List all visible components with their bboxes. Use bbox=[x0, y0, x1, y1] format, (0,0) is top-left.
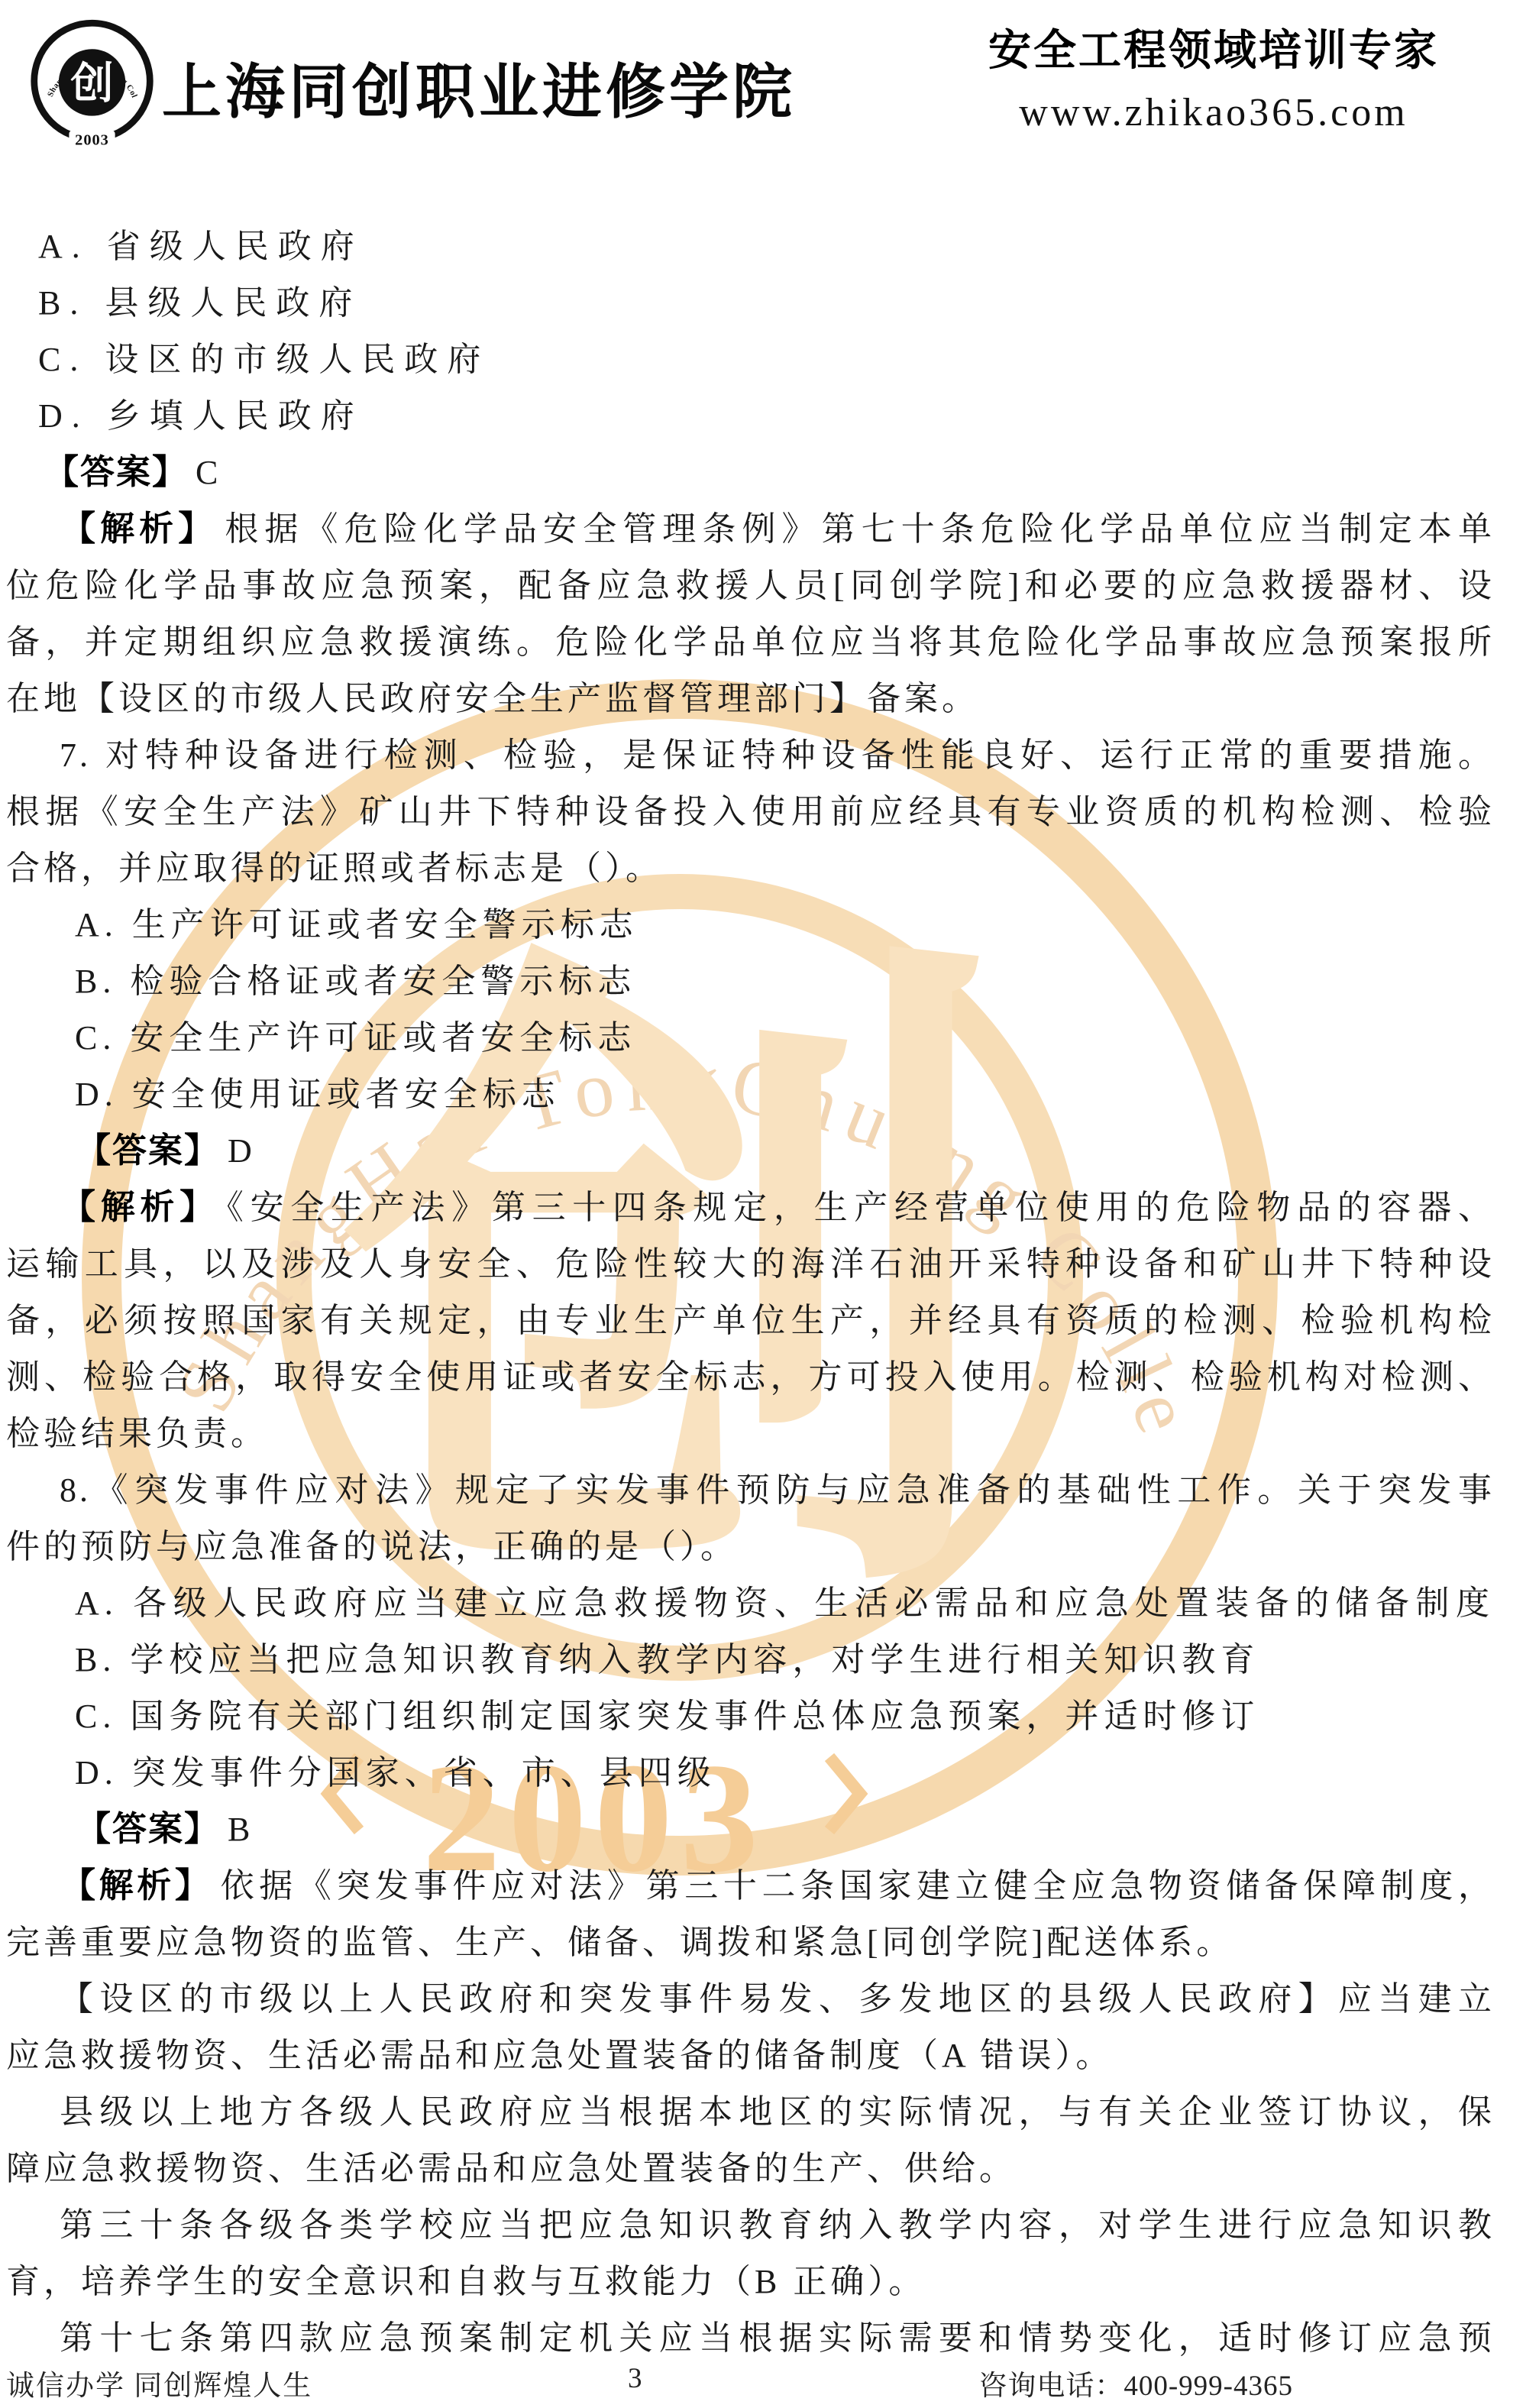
line-text: 根据《安全生产法》矿山井下特种设备投入使用前应经具有专业资质的机构检测、检验 bbox=[6, 793, 1495, 830]
line-text: D. 乡填人民政府 bbox=[38, 397, 364, 435]
line-text: 运输工具，以及涉及人身安全、危险性较大的海洋石油开采特种设备和矿山井下特种设 bbox=[6, 1245, 1495, 1283]
section-label: 【答案】 bbox=[44, 452, 188, 491]
line-text: 应急救援物资、生活必需品和应急处置装备的储备制度（A 错误）。 bbox=[6, 2037, 1113, 2074]
line-text: 完善重要应急物资的监管、生产、储备、调拨和紧急[同创学院]配送体系。 bbox=[6, 1924, 1233, 1961]
text-line: 合格，并应取得的证照或者标志是（）。 bbox=[6, 840, 1495, 896]
text-line: C. 国务院有关部门组织制定国家突发事件总体应急预案，并适时修订 bbox=[6, 1688, 1495, 1744]
text-line: 障应急救援物资、生活必需品和应急处置装备的生产、供给。 bbox=[6, 2140, 1495, 2196]
text-line: 育，培养学生的安全意识和自救与互救能力（B 正确）。 bbox=[6, 2253, 1495, 2309]
text-line: 应急救援物资、生活必需品和应急处置装备的储备制度（A 错误）。 bbox=[6, 2027, 1495, 2083]
line-text: D. 安全使用证或者安全标志 bbox=[75, 1076, 561, 1113]
text-line: 备，并定期组织应急救援演练。危险化学品单位应当将其危险化学品事故应急预案报所 bbox=[6, 613, 1495, 670]
text-line: 根据《安全生产法》矿山井下特种设备投入使用前应经具有专业资质的机构检测、检验 bbox=[6, 783, 1495, 840]
line-text: 【设区的市级以上人民政府和突发事件易发、多发地区的县级人民政府】应当建立 bbox=[60, 1980, 1495, 2018]
text-line: 【答案】C bbox=[6, 444, 1495, 500]
line-text: C bbox=[196, 454, 221, 491]
school-name: 上海同创职业进修学院 bbox=[162, 44, 796, 130]
college-seal-logo: ShangHai TongChuang College 创 2003 bbox=[27, 6, 157, 156]
text-line: 在地【设区的市级人民政府安全生产监督管理部门】备案。 bbox=[6, 670, 1495, 727]
line-text: A. 生产许可证或者安全警示标志 bbox=[75, 906, 639, 943]
text-line: 第三十条各级各类学校应当把应急知识教育纳入教学内容，对学生进行应急知识教 bbox=[6, 2196, 1495, 2253]
document-page: ShangHai TongChuang College 创 2003 Shang… bbox=[0, 0, 1539, 2408]
text-line: 【答案】B bbox=[6, 1801, 1495, 1857]
page-footer: 诚信办学 同创辉煌人生 3 咨询电话：400-999-4365 bbox=[0, 2362, 1539, 2402]
text-line: 运输工具，以及涉及人身安全、危险性较大的海洋石油开采特种设备和矿山井下特种设 bbox=[6, 1235, 1495, 1292]
line-text: 《安全生产法》第三十四条规定，生产经营单位使用的危险物品的容器、 bbox=[227, 1189, 1495, 1226]
footer-motto: 诚信办学 同创辉煌人生 bbox=[6, 2362, 312, 2403]
section-label: 【解析】 bbox=[61, 1187, 219, 1226]
logo-glyph: 创 bbox=[70, 60, 113, 108]
line-text: 合格，并应取得的证照或者标志是（）。 bbox=[6, 850, 663, 887]
text-line: 第十七条第四款应急预案制定机关应当根据实际需要和情势变化，适时修订应急预 bbox=[6, 2309, 1495, 2366]
line-text: 位危险化学品事故应急预案，配备应急救援人员[同创学院]和必要的应急救援器材、设 bbox=[6, 567, 1495, 604]
line-text: C. 国务院有关部门组织制定国家突发事件总体应急预案，并适时修订 bbox=[75, 1698, 1259, 1735]
text-line: 县级以上地方各级人民政府应当根据本地区的实际情况，与有关企业签订协议，保 bbox=[6, 2083, 1495, 2140]
page-header: ShangHai TongChuang College 创 2003 上海同创职… bbox=[0, 0, 1539, 183]
line-text: A. 各级人民政府应当建立应急救援物资、生活必需品和应急处置装备的储备制度 bbox=[75, 1584, 1495, 1622]
line-text: 件的预防与应急准备的说法，正确的是（）。 bbox=[6, 1528, 738, 1565]
section-label: 【解析】 bbox=[61, 1866, 213, 1905]
text-line: 测、检验合格，取得安全使用证或者安全标志，方可投入使用。检测、检验机构对检测、 bbox=[6, 1348, 1495, 1405]
text-line: 【答案】D bbox=[6, 1122, 1495, 1179]
text-line: D. 突发事件分国家、省、市、县四级 bbox=[6, 1744, 1495, 1801]
line-text: 县级以上地方各级人民政府应当根据本地区的实际情况，与有关企业签订协议，保 bbox=[60, 2093, 1495, 2131]
text-line: D. 安全使用证或者安全标志 bbox=[6, 1066, 1495, 1122]
text-line: 7. 对特种设备进行检测、检验，是保证特种设备性能良好、运行正常的重要措施。 bbox=[6, 727, 1495, 783]
text-line: 【解析】依据《突发事件应对法》第三十二条国家建立健全应急物资储备保障制度， bbox=[6, 1857, 1495, 1914]
line-text: 依据《突发事件应对法》第三十二条国家建立健全应急物资储备保障制度， bbox=[221, 1867, 1495, 1905]
line-text: 第三十条各级各类学校应当把应急知识教育纳入教学内容，对学生进行应急知识教 bbox=[60, 2206, 1495, 2244]
text-line: 检验结果负责。 bbox=[6, 1405, 1495, 1461]
text-line: A. 生产许可证或者安全警示标志 bbox=[6, 896, 1495, 953]
line-text: 在地【设区的市级人民政府安全生产监督管理部门】备案。 bbox=[6, 680, 979, 717]
line-text: B bbox=[228, 1811, 254, 1848]
text-line: B. 县级人民政府 bbox=[6, 274, 1495, 331]
text-line: A. 省级人民政府 bbox=[6, 218, 1495, 274]
text-line: B. 检验合格证或者安全警示标志 bbox=[6, 953, 1495, 1009]
line-text: C. 设区的市级人民政府 bbox=[38, 341, 490, 378]
line-text: 测、检验合格，取得安全使用证或者安全标志，方可投入使用。检测、检验机构对检测、 bbox=[6, 1358, 1495, 1396]
line-text: 备，必须按照国家有关规定，由专业生产单位生产，并经具有资质的检测、检验机构检 bbox=[6, 1302, 1495, 1339]
header-tagline: 安全工程领域培训专家 bbox=[988, 17, 1439, 78]
text-line: A. 各级人民政府应当建立应急救援物资、生活必需品和应急处置装备的储备制度 bbox=[6, 1575, 1495, 1631]
line-text: C. 安全生产许可证或者安全标志 bbox=[75, 1019, 636, 1057]
text-line: C. 安全生产许可证或者安全标志 bbox=[6, 1009, 1495, 1066]
text-line: 8.《突发事件应对法》规定了实发事件预防与应急准备的基础性工作。关于突发事 bbox=[6, 1461, 1495, 1518]
text-line: 【解析】根据《危险化学品安全管理条例》第七十条危险化学品单位应当制定本单 bbox=[6, 500, 1495, 557]
text-line: 位危险化学品事故应急预案，配备应急救援人员[同创学院]和必要的应急救援器材、设 bbox=[6, 557, 1495, 613]
line-text: 育，培养学生的安全意识和自救与互救能力（B 正确）。 bbox=[6, 2263, 926, 2300]
line-text: B. 县级人民政府 bbox=[38, 284, 361, 322]
section-label: 【答案】 bbox=[76, 1131, 220, 1170]
line-text: D. 突发事件分国家、省、市、县四级 bbox=[75, 1754, 716, 1791]
text-line: C. 设区的市级人民政府 bbox=[6, 331, 1495, 387]
page-number: 3 bbox=[628, 2362, 642, 2395]
line-text: 根据《危险化学品安全管理条例》第七十条危险化学品单位应当制定本单 bbox=[225, 510, 1495, 548]
footer-phone: 咨询电话：400-999-4365 bbox=[978, 2362, 1293, 2403]
text-line: 完善重要应急物资的监管、生产、储备、调拨和紧急[同创学院]配送体系。 bbox=[6, 1914, 1495, 1970]
text-line: D. 乡填人民政府 bbox=[6, 387, 1495, 444]
text-line: B. 学校应当把应急知识教育纳入教学内容，对学生进行相关知识教育 bbox=[6, 1631, 1495, 1688]
line-text: 检验结果负责。 bbox=[6, 1415, 268, 1452]
line-text: B. 检验合格证或者安全警示标志 bbox=[75, 963, 636, 1000]
section-label: 【解析】 bbox=[61, 509, 217, 548]
section-label: 【答案】 bbox=[76, 1809, 220, 1848]
text-line: 【解析】《安全生产法》第三十四条规定，生产经营单位使用的危险物品的容器、 bbox=[6, 1179, 1495, 1235]
line-text: 第十七条第四款应急预案制定机关应当根据实际需要和情势变化，适时修订应急预 bbox=[60, 2319, 1495, 2357]
line-text: D bbox=[228, 1132, 256, 1170]
header-right-block: 安全工程领域培训专家 www.zhikao365.com bbox=[988, 17, 1439, 135]
header-website: www.zhikao365.com bbox=[988, 90, 1439, 135]
logo-year: 2003 bbox=[75, 132, 109, 149]
line-text: 备，并定期组织应急救援演练。危险化学品单位应当将其危险化学品事故应急预案报所 bbox=[6, 623, 1495, 661]
document-body: A. 省级人民政府B. 县级人民政府C. 设区的市级人民政府D. 乡填人民政府【… bbox=[6, 218, 1495, 2366]
text-line: 备，必须按照国家有关规定，由专业生产单位生产，并经具有资质的检测、检验机构检 bbox=[6, 1292, 1495, 1348]
line-text: 7. 对特种设备进行检测、检验，是保证特种设备性能良好、运行正常的重要措施。 bbox=[60, 736, 1495, 774]
text-line: 【设区的市级以上人民政府和突发事件易发、多发地区的县级人民政府】应当建立 bbox=[6, 1970, 1495, 2027]
line-text: 8.《突发事件应对法》规定了实发事件预防与应急准备的基础性工作。关于突发事 bbox=[60, 1471, 1495, 1509]
line-text: 障应急救援物资、生活必需品和应急处置装备的生产、供给。 bbox=[6, 2150, 1017, 2187]
line-text: B. 学校应当把应急知识教育纳入教学内容，对学生进行相关知识教育 bbox=[75, 1641, 1259, 1678]
line-text: A. 省级人民政府 bbox=[38, 228, 364, 265]
text-line: 件的预防与应急准备的说法，正确的是（）。 bbox=[6, 1518, 1495, 1575]
